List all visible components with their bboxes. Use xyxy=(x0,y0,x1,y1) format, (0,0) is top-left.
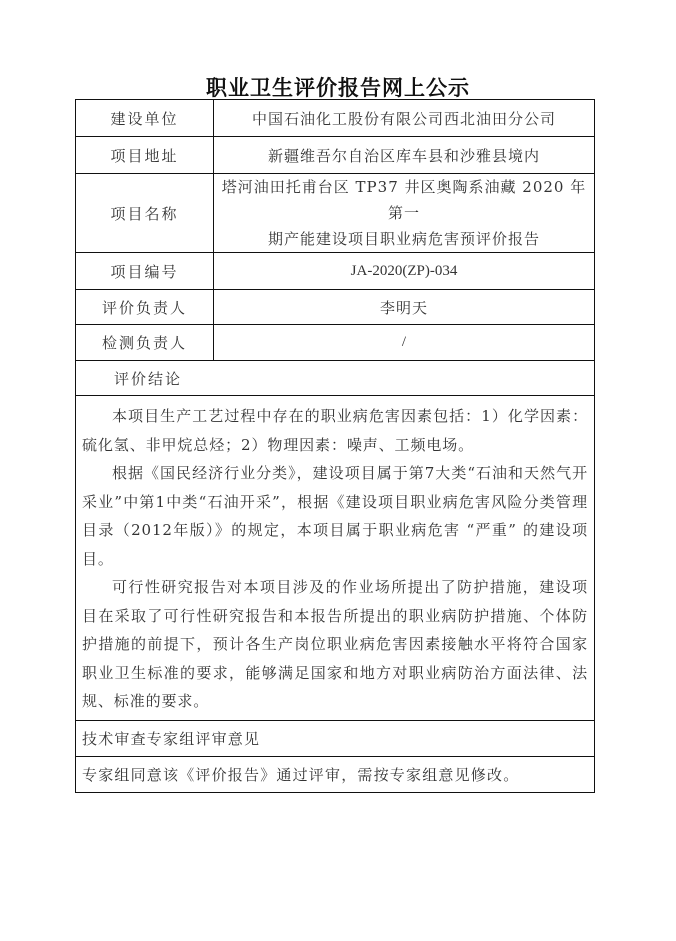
construction-unit-value: 中国石油化工股份有限公司西北油田分公司 xyxy=(214,100,595,137)
conclusion-body: 本项目生产工艺过程中存在的职业病危害因素包括：1）化学因素：硫化氢、非甲烷总烃；… xyxy=(76,396,595,721)
table-row-project-name: 项目名称 塔河油田托甫台区 TP37 井区奥陶系油藏 2020 年第一 期产能建… xyxy=(76,174,595,253)
project-name-value: 塔河油田托甫台区 TP37 井区奥陶系油藏 2020 年第一 期产能建设项目职业… xyxy=(214,174,595,253)
conclusion-heading: 评价结论 xyxy=(76,361,595,396)
conclusion-paragraph: 本项目生产工艺过程中存在的职业病危害因素包括：1）化学因素：硫化氢、非甲烷总烃；… xyxy=(82,402,588,459)
table-row-conclusion-body: 本项目生产工艺过程中存在的职业病危害因素包括：1）化学因素：硫化氢、非甲烷总烃；… xyxy=(76,396,595,721)
construction-unit-label: 建设单位 xyxy=(76,100,214,137)
table-row-project-number: 项目编号 JA-2020(ZP)-034 xyxy=(76,253,595,290)
conclusion-paragraph: 根据《国民经济行业分类》，建设项目属于第7大类“石油和天然气开采业”中第1中类“… xyxy=(82,459,588,573)
project-info-table: 建设单位 中国石油化工股份有限公司西北油田分公司 项目地址 新疆维吾尔自治区库车… xyxy=(75,99,595,793)
table-row-testing-lead: 检测负责人 / xyxy=(76,325,595,361)
project-address-value: 新疆维吾尔自治区库车县和沙雅县境内 xyxy=(214,137,595,174)
table-row-expert-opinion: 专家组同意该《评价报告》通过评审，需按专家组意见修改。 xyxy=(76,756,595,792)
conclusion-paragraph: 可行性研究报告对本项目涉及的作业场所提出了防护措施，建设项目在采取了可行性研究报… xyxy=(82,573,588,716)
table-row-evaluation-lead: 评价负责人 李明天 xyxy=(76,290,595,325)
table-row-project-address: 项目地址 新疆维吾尔自治区库车县和沙雅县境内 xyxy=(76,137,595,174)
testing-lead-label: 检测负责人 xyxy=(76,325,214,361)
testing-lead-value: / xyxy=(214,325,595,361)
project-address-label: 项目地址 xyxy=(76,137,214,174)
project-name-line-2: 期产能建设项目职业病危害预评价报告 xyxy=(214,226,594,252)
table-row-expert-heading: 技术审查专家组评审意见 xyxy=(76,720,595,756)
project-number-value: JA-2020(ZP)-034 xyxy=(214,253,595,290)
evaluation-lead-label: 评价负责人 xyxy=(76,290,214,325)
project-number-label: 项目编号 xyxy=(76,253,214,290)
project-name-label: 项目名称 xyxy=(76,174,214,253)
expert-review-heading: 技术审查专家组评审意见 xyxy=(76,720,595,756)
evaluation-lead-value: 李明天 xyxy=(214,290,595,325)
expert-review-opinion: 专家组同意该《评价报告》通过评审，需按专家组意见修改。 xyxy=(76,756,595,792)
table-row-construction-unit: 建设单位 中国石油化工股份有限公司西北油田分公司 xyxy=(76,100,595,137)
page-title: 职业卫生评价报告网上公示 xyxy=(0,72,676,102)
table-row-conclusion-heading: 评价结论 xyxy=(76,361,595,396)
project-name-line-1: 塔河油田托甫台区 TP37 井区奥陶系油藏 2020 年第一 xyxy=(214,174,594,226)
